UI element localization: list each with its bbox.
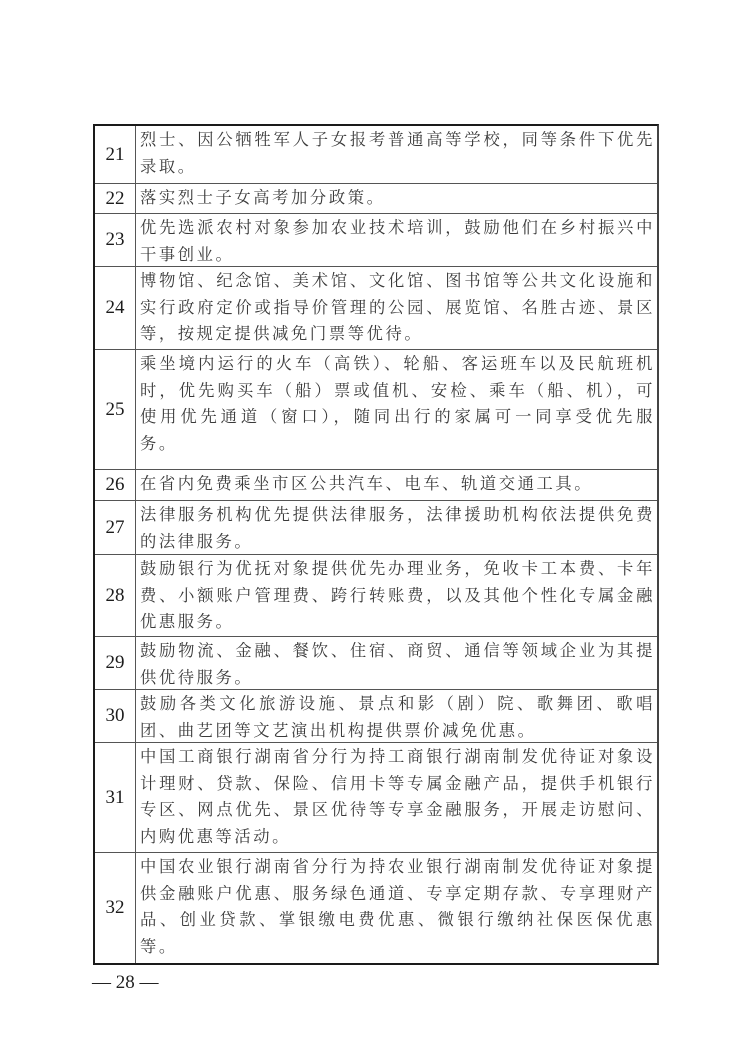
row-number: 30 xyxy=(95,690,136,742)
table-row: 23 优先选派农村对象参加农业技术培训，鼓励他们在乡村振兴中干事创业。 xyxy=(95,213,657,266)
benefits-table: 21 烈士、因公牺牲军人子女报考普通高等学校，同等条件下优先录取。 22 落实烈… xyxy=(93,124,659,965)
row-number: 22 xyxy=(95,184,136,213)
row-number: 29 xyxy=(95,637,136,689)
row-text: 博物馆、纪念馆、美术馆、文化馆、图书馆等公共文化设施和实行政府定价或指导价管理的… xyxy=(136,267,657,349)
page-number: — 28 — xyxy=(92,972,159,994)
table-row: 32 中国农业银行湖南省分行为持农业银行湖南制发优待证对象提供金融账户优惠、服务… xyxy=(95,852,657,963)
row-text: 在省内免费乘坐市区公共汽车、电车、轨道交通工具。 xyxy=(136,470,657,500)
table-row: 22 落实烈士子女高考加分政策。 xyxy=(95,183,657,213)
row-text: 法律服务机构优先提供法律服务，法律援助机构依法提供免费的法律服务。 xyxy=(136,501,657,554)
row-number: 23 xyxy=(95,214,136,266)
table-row: 27 法律服务机构优先提供法律服务，法律援助机构依法提供免费的法律服务。 xyxy=(95,500,657,554)
row-number: 28 xyxy=(95,555,136,636)
table-row: 21 烈士、因公牺牲军人子女报考普通高等学校，同等条件下优先录取。 xyxy=(95,126,657,183)
table-row: 29 鼓励物流、金融、餐饮、住宿、商贸、通信等领域企业为其提供优待服务。 xyxy=(95,636,657,689)
row-number: 27 xyxy=(95,501,136,554)
row-number: 31 xyxy=(95,743,136,852)
row-text: 鼓励银行为优抚对象提供优先办理业务，免收卡工本费、卡年费、小额账户管理费、跨行转… xyxy=(136,555,657,636)
row-number: 21 xyxy=(95,126,136,183)
row-text: 中国农业银行湖南省分行为持农业银行湖南制发优待证对象提供金融账户优惠、服务绿色通… xyxy=(136,853,657,963)
table-row: 31 中国工商银行湖南省分行为持工商银行湖南制发优待证对象设计理财、贷款、保险、… xyxy=(95,742,657,852)
row-text: 乘坐境内运行的火车（高铁）、轮船、客运班车以及民航班机时，优先购买车（船）票或值… xyxy=(136,350,657,469)
table-row: 25 乘坐境内运行的火车（高铁）、轮船、客运班车以及民航班机时，优先购买车（船）… xyxy=(95,349,657,469)
table-row: 26 在省内免费乘坐市区公共汽车、电车、轨道交通工具。 xyxy=(95,469,657,500)
row-number: 32 xyxy=(95,853,136,963)
row-text: 优先选派农村对象参加农业技术培训，鼓励他们在乡村振兴中干事创业。 xyxy=(136,214,657,266)
table-row: 30 鼓励各类文化旅游设施、景点和影（剧）院、歌舞团、歌唱团、曲艺团等文艺演出机… xyxy=(95,689,657,742)
table-row: 28 鼓励银行为优抚对象提供优先办理业务，免收卡工本费、卡年费、小额账户管理费、… xyxy=(95,554,657,636)
row-text: 中国工商银行湖南省分行为持工商银行湖南制发优待证对象设计理财、贷款、保险、信用卡… xyxy=(136,743,657,852)
row-text: 鼓励物流、金融、餐饮、住宿、商贸、通信等领域企业为其提供优待服务。 xyxy=(136,637,657,689)
row-number: 26 xyxy=(95,470,136,500)
row-number: 25 xyxy=(95,350,136,469)
row-text: 鼓励各类文化旅游设施、景点和影（剧）院、歌舞团、歌唱团、曲艺团等文艺演出机构提供… xyxy=(136,690,657,742)
table-row: 24 博物馆、纪念馆、美术馆、文化馆、图书馆等公共文化设施和实行政府定价或指导价… xyxy=(95,266,657,349)
row-number: 24 xyxy=(95,267,136,349)
row-text: 落实烈士子女高考加分政策。 xyxy=(136,184,657,213)
document-page: 21 烈士、因公牺牲军人子女报考普通高等学校，同等条件下优先录取。 22 落实烈… xyxy=(0,0,750,1060)
row-text: 烈士、因公牺牲军人子女报考普通高等学校，同等条件下优先录取。 xyxy=(136,126,657,183)
